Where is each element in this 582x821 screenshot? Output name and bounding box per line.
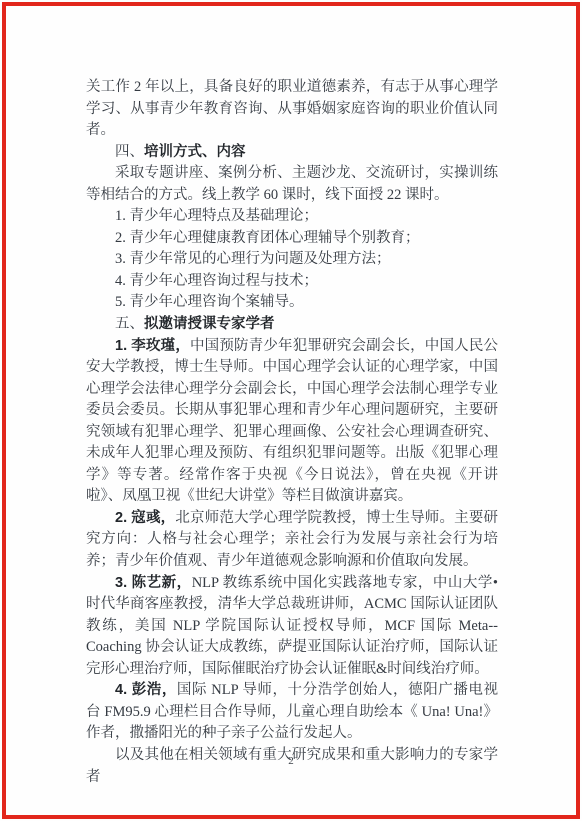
paragraph-text: 中国预防青少年犯罪研究会副会长，中国人民公安大学教授，博士生导师。中国心理学会认… bbox=[86, 338, 498, 505]
list-item: 1. 青少年心理特点及基础理论； bbox=[86, 206, 498, 228]
list-item: 2. 青少年心理健康教育团体心理辅导个别教育； bbox=[86, 228, 498, 250]
heading-title: 拟邀请授课专家学者 bbox=[144, 316, 275, 332]
expert-name: 1. 李玫瑾， bbox=[115, 338, 190, 354]
expert-name: 3. 陈艺新， bbox=[115, 575, 192, 591]
list-item: 3. 青少年常见的心理行为问题及处理方法； bbox=[86, 249, 498, 271]
expert-name: 4. 彭浩， bbox=[115, 682, 177, 698]
section-heading: 四、培训方式、内容 bbox=[86, 142, 498, 164]
paragraph-text: 关工作 2 年以上，具备良好的职业道德素养，有志于从事心理学学习、从事青少年教育… bbox=[86, 79, 498, 138]
document-page: 关工作 2 年以上，具备良好的职业道德素养，有志于从事心理学学习、从事青少年教育… bbox=[0, 0, 582, 821]
expert-paragraph: 1. 李玫瑾，中国预防青少年犯罪研究会副会长，中国人民公安大学教授，博士生导师。… bbox=[86, 336, 498, 508]
paragraph-text: 1. 青少年心理特点及基础理论； bbox=[115, 208, 318, 224]
paragraph-text: 2. 青少年心理健康教育团体心理辅导个别教育； bbox=[115, 230, 420, 246]
paragraph: 关工作 2 年以上，具备良好的职业道德素养，有志于从事心理学学习、从事青少年教育… bbox=[86, 77, 498, 142]
paragraph-text: 5. 青少年心理咨询个案辅导。 bbox=[115, 294, 304, 310]
list-item: 4. 青少年心理咨询过程与技术； bbox=[86, 271, 498, 293]
expert-name: 2. 寇彧， bbox=[115, 510, 175, 526]
page-number: 2 bbox=[0, 755, 582, 767]
expert-paragraph: 4. 彭浩，国际 NLP 导师，十分浩学创始人，德阳广播电视台 FM95.9 心… bbox=[86, 680, 498, 745]
paragraph-text: 3. 青少年常见的心理行为问题及处理方法； bbox=[115, 251, 391, 267]
paragraph: 采取专题讲座、案例分析、主题沙龙、交流研讨，实操训练等相结合的方式。线上教学 6… bbox=[86, 163, 498, 206]
heading-title: 培训方式、内容 bbox=[144, 144, 246, 160]
list-item: 5. 青少年心理咨询个案辅导。 bbox=[86, 292, 498, 314]
expert-paragraph: 2. 寇彧，北京师范大学心理学院教授，博士生导师。主要研究方向：人格与社会心理学… bbox=[86, 508, 498, 573]
heading-prefix: 五、 bbox=[115, 316, 144, 332]
expert-paragraph: 3. 陈艺新，NLP 教练系统中国化实践落地专家，中山大学•时代华商客座教授，清… bbox=[86, 573, 498, 681]
paragraph-text: 4. 青少年心理咨询过程与技术； bbox=[115, 273, 318, 289]
paragraph-text: 采取专题讲座、案例分析、主题沙龙、交流研讨，实操训练等相结合的方式。线上教学 6… bbox=[86, 165, 498, 203]
heading-prefix: 四、 bbox=[115, 144, 144, 160]
section-heading: 五、拟邀请授课专家学者 bbox=[86, 314, 498, 336]
document-body: 关工作 2 年以上，具备良好的职业道德素养，有志于从事心理学学习、从事青少年教育… bbox=[86, 77, 498, 788]
